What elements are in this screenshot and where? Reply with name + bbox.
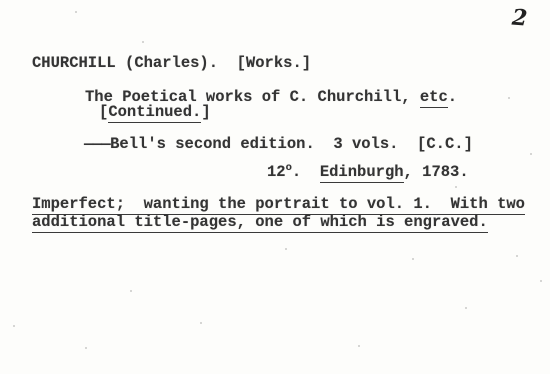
scan-speck <box>13 325 15 327</box>
scan-speck <box>540 280 542 282</box>
title-period: . <box>448 88 457 106</box>
scan-speck <box>130 290 132 292</box>
format-superscript-o: o <box>286 160 292 177</box>
author-repeat-dash: ——— <box>84 135 110 153</box>
imperfection-note-line-2: additional title-pages, one of which is … <box>32 214 488 231</box>
continued-open-bracket: [ <box>99 103 108 121</box>
imprint-place-underlined: Edinburgh <box>320 163 404 183</box>
scan-speck <box>285 248 287 250</box>
scan-speck <box>85 347 87 349</box>
catalogue-card-scan: 2 CHURCHILL (Charles). [Works.] The Poet… <box>0 0 550 374</box>
scan-speck <box>75 11 77 13</box>
continued-underlined: Continued. <box>108 103 201 123</box>
scan-speck <box>508 97 510 99</box>
format-number: 12 <box>267 163 286 181</box>
scan-speck <box>516 255 518 257</box>
edition-line: ———Bell's second edition. 3 vols. [C.C.] <box>84 136 473 153</box>
handwritten-page-number: 2 <box>511 4 528 31</box>
scan-speck <box>412 258 414 260</box>
imprint-separator: . <box>292 163 320 181</box>
note-text-1: Imperfect; wanting the portrait to vol. … <box>32 195 525 215</box>
continued-close-bracket: ] <box>201 103 210 121</box>
scan-speck <box>358 345 360 347</box>
note-text-2: additional title-pages, one of which is … <box>32 213 488 233</box>
scan-speck <box>200 322 202 324</box>
scan-speck <box>465 307 467 309</box>
imprint-line: 12o. Edinburgh, 1783. <box>267 164 469 183</box>
edition-text: Bell's second edition. 3 vols. [C.C.] <box>110 135 473 153</box>
title-etc-underlined: etc <box>420 88 448 108</box>
scan-speck <box>530 153 532 155</box>
continued-line: [Continued.] <box>99 104 211 121</box>
scan-speck <box>455 186 457 188</box>
heading-line: CHURCHILL (Charles). [Works.] <box>32 55 311 72</box>
scan-speck <box>142 41 144 43</box>
imperfection-note-line-1: Imperfect; wanting the portrait to vol. … <box>32 196 525 213</box>
imprint-date: , 1783. <box>404 163 469 181</box>
